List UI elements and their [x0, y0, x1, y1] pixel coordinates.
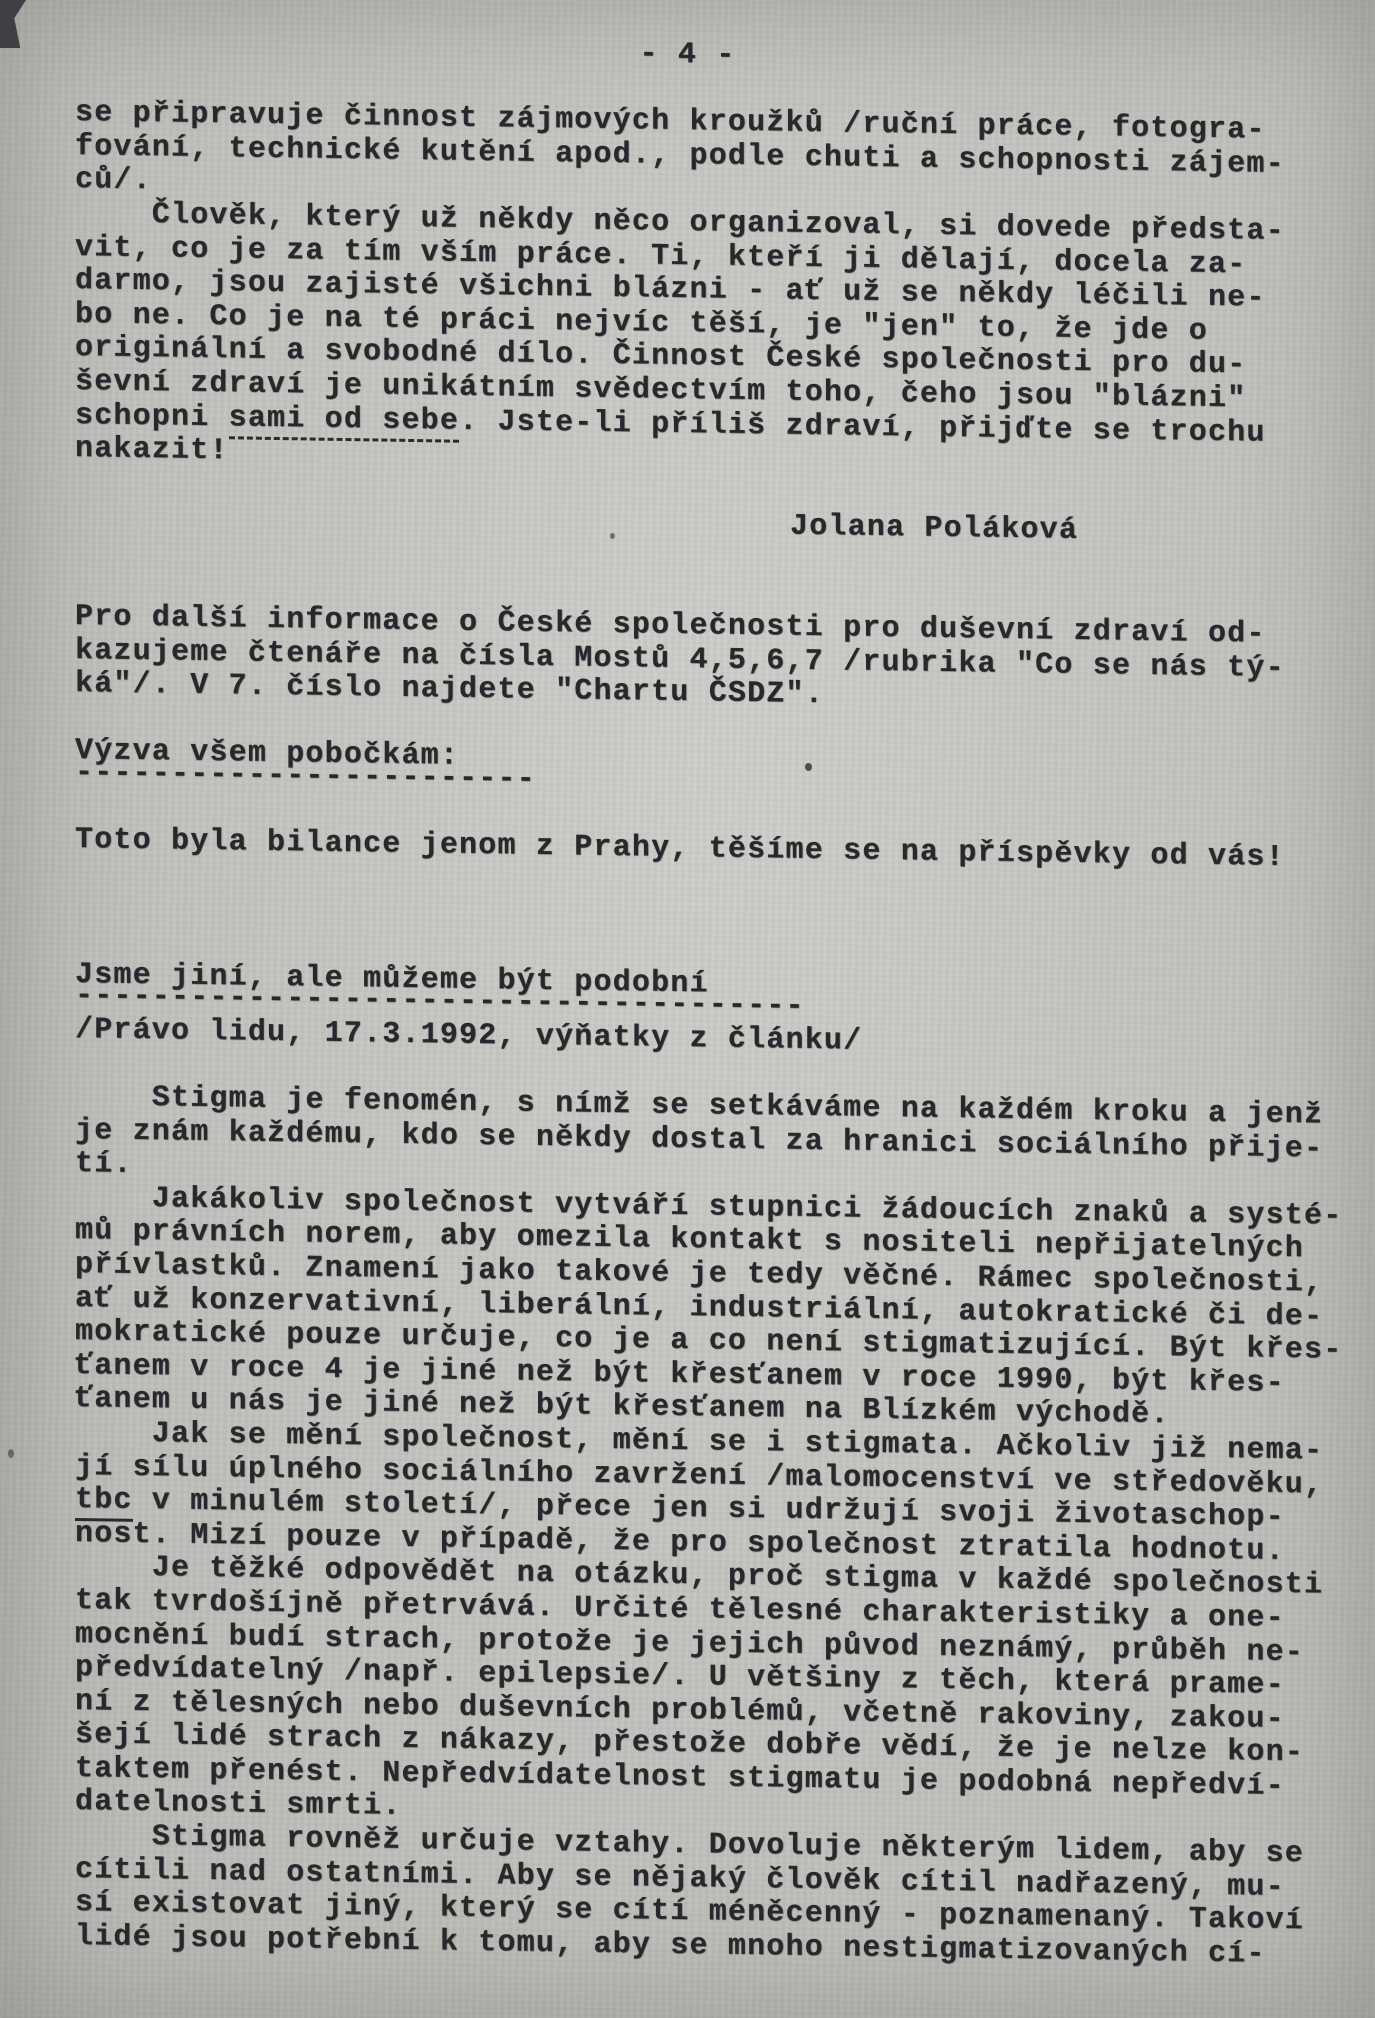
- scan-artifact: [8, 1449, 14, 1458]
- body-paragraph: Člověk, který už někdy něco organizoval,…: [75, 198, 1375, 486]
- reference-note: Pro další informace o České společnosti …: [75, 601, 1375, 721]
- text-segment: schopni: [75, 399, 229, 435]
- signature: Jolana Poláková: [790, 511, 1375, 553]
- body-paragraph: Je těžké odpovědět na otázku, proč stigm…: [75, 1551, 1375, 1839]
- scanned-page: - 4 - se připravuje činnost zájmových kr…: [0, 0, 1375, 2018]
- text-line: Jolana Poláková: [790, 511, 1375, 553]
- underlined-text: sami od sebe: [229, 401, 459, 442]
- body-paragraph: Toto byla bilance jenom z Prahy, těšíme …: [75, 824, 1375, 877]
- page-number: - 4 -: [0, 29, 1375, 88]
- text-line: Toto byla bilance jenom z Prahy, těšíme …: [75, 824, 1375, 877]
- document-body: se připravuje činnost zájmových kroužků …: [75, 97, 1375, 1974]
- body-paragraph: Jakákoliv společnost vytváří stupnici žá…: [75, 1182, 1375, 1436]
- body-paragraph: Stigma rovněž určuje vztahy. Dovoluje ně…: [75, 1820, 1375, 1974]
- section-heading-vyzva: Výzva všem pobočkám:--------------------…: [75, 735, 1375, 809]
- body-paragraph: Jak se mění společnost, mění se i stigma…: [75, 1417, 1375, 1571]
